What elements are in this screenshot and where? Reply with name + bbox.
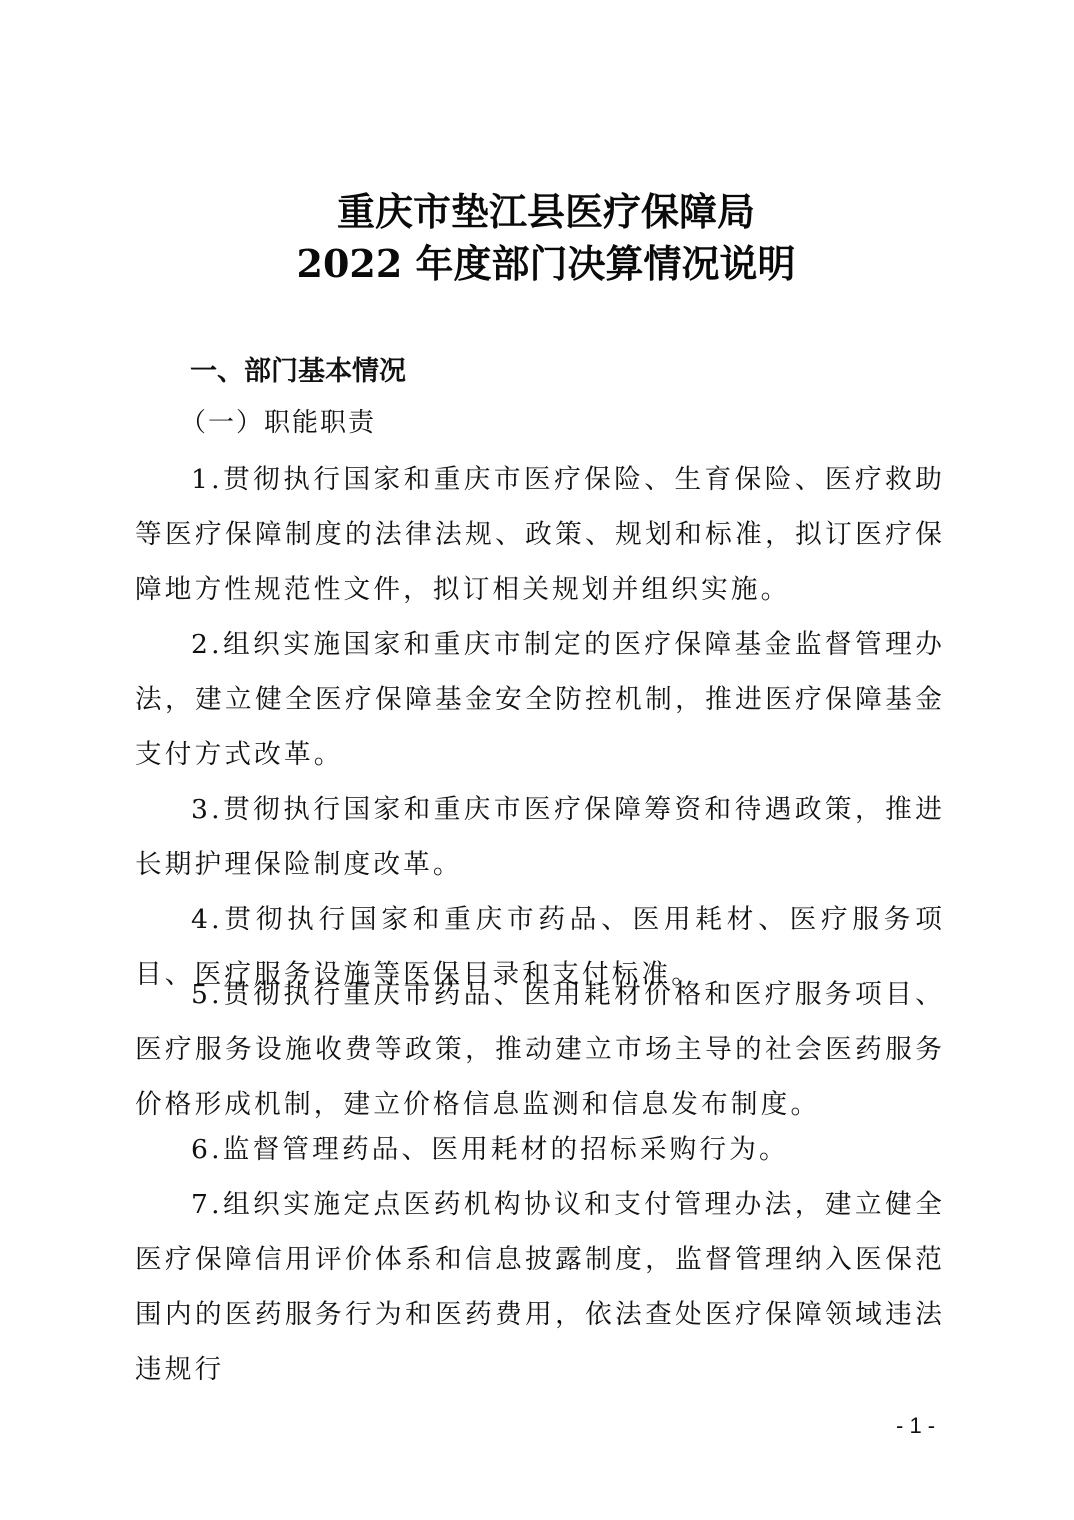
page-number: - 1 - [896, 1411, 935, 1441]
title-line-report: 2022 年度部门决算情况说明 [0, 238, 1074, 290]
paragraph-duty-3: 3.贯彻执行国家和重庆市医疗保障筹资和待遇政策，推进长期护理保险制度改革。 [135, 782, 945, 892]
paragraph-duty-5: 5.贯彻执行重庆市药品、医用耗材价格和医疗服务项目、医疗服务设施收费等政策，推动… [135, 967, 945, 1132]
paragraph-duty-2: 2.组织实施国家和重庆市制定的医疗保障基金监督管理办法，建立健全医疗保障基金安全… [135, 617, 945, 782]
paragraph-duty-7: 7.组织实施定点医药机构协议和支付管理办法，建立健全医疗保障信用评价体系和信息披… [135, 1177, 945, 1397]
section-heading: 一、部门基本情况 [190, 352, 406, 392]
document-title: 重庆市垫江县医疗保障局 2022 年度部门决算情况说明 [0, 186, 1074, 290]
title-line-agency: 重庆市垫江县医疗保障局 [0, 186, 1074, 238]
document-page: 重庆市垫江县医疗保障局 2022 年度部门决算情况说明 一、部门基本情况 （一）… [0, 0, 1074, 1520]
paragraph-duty-6: 6.监督管理药品、医用耗材的招标采购行为。 [135, 1122, 945, 1177]
paragraph-duty-1: 1.贯彻执行国家和重庆市医疗保险、生育保险、医疗救助等医疗保障制度的法律法规、政… [135, 452, 945, 617]
subsection-heading: （一）职能职责 [180, 403, 376, 443]
